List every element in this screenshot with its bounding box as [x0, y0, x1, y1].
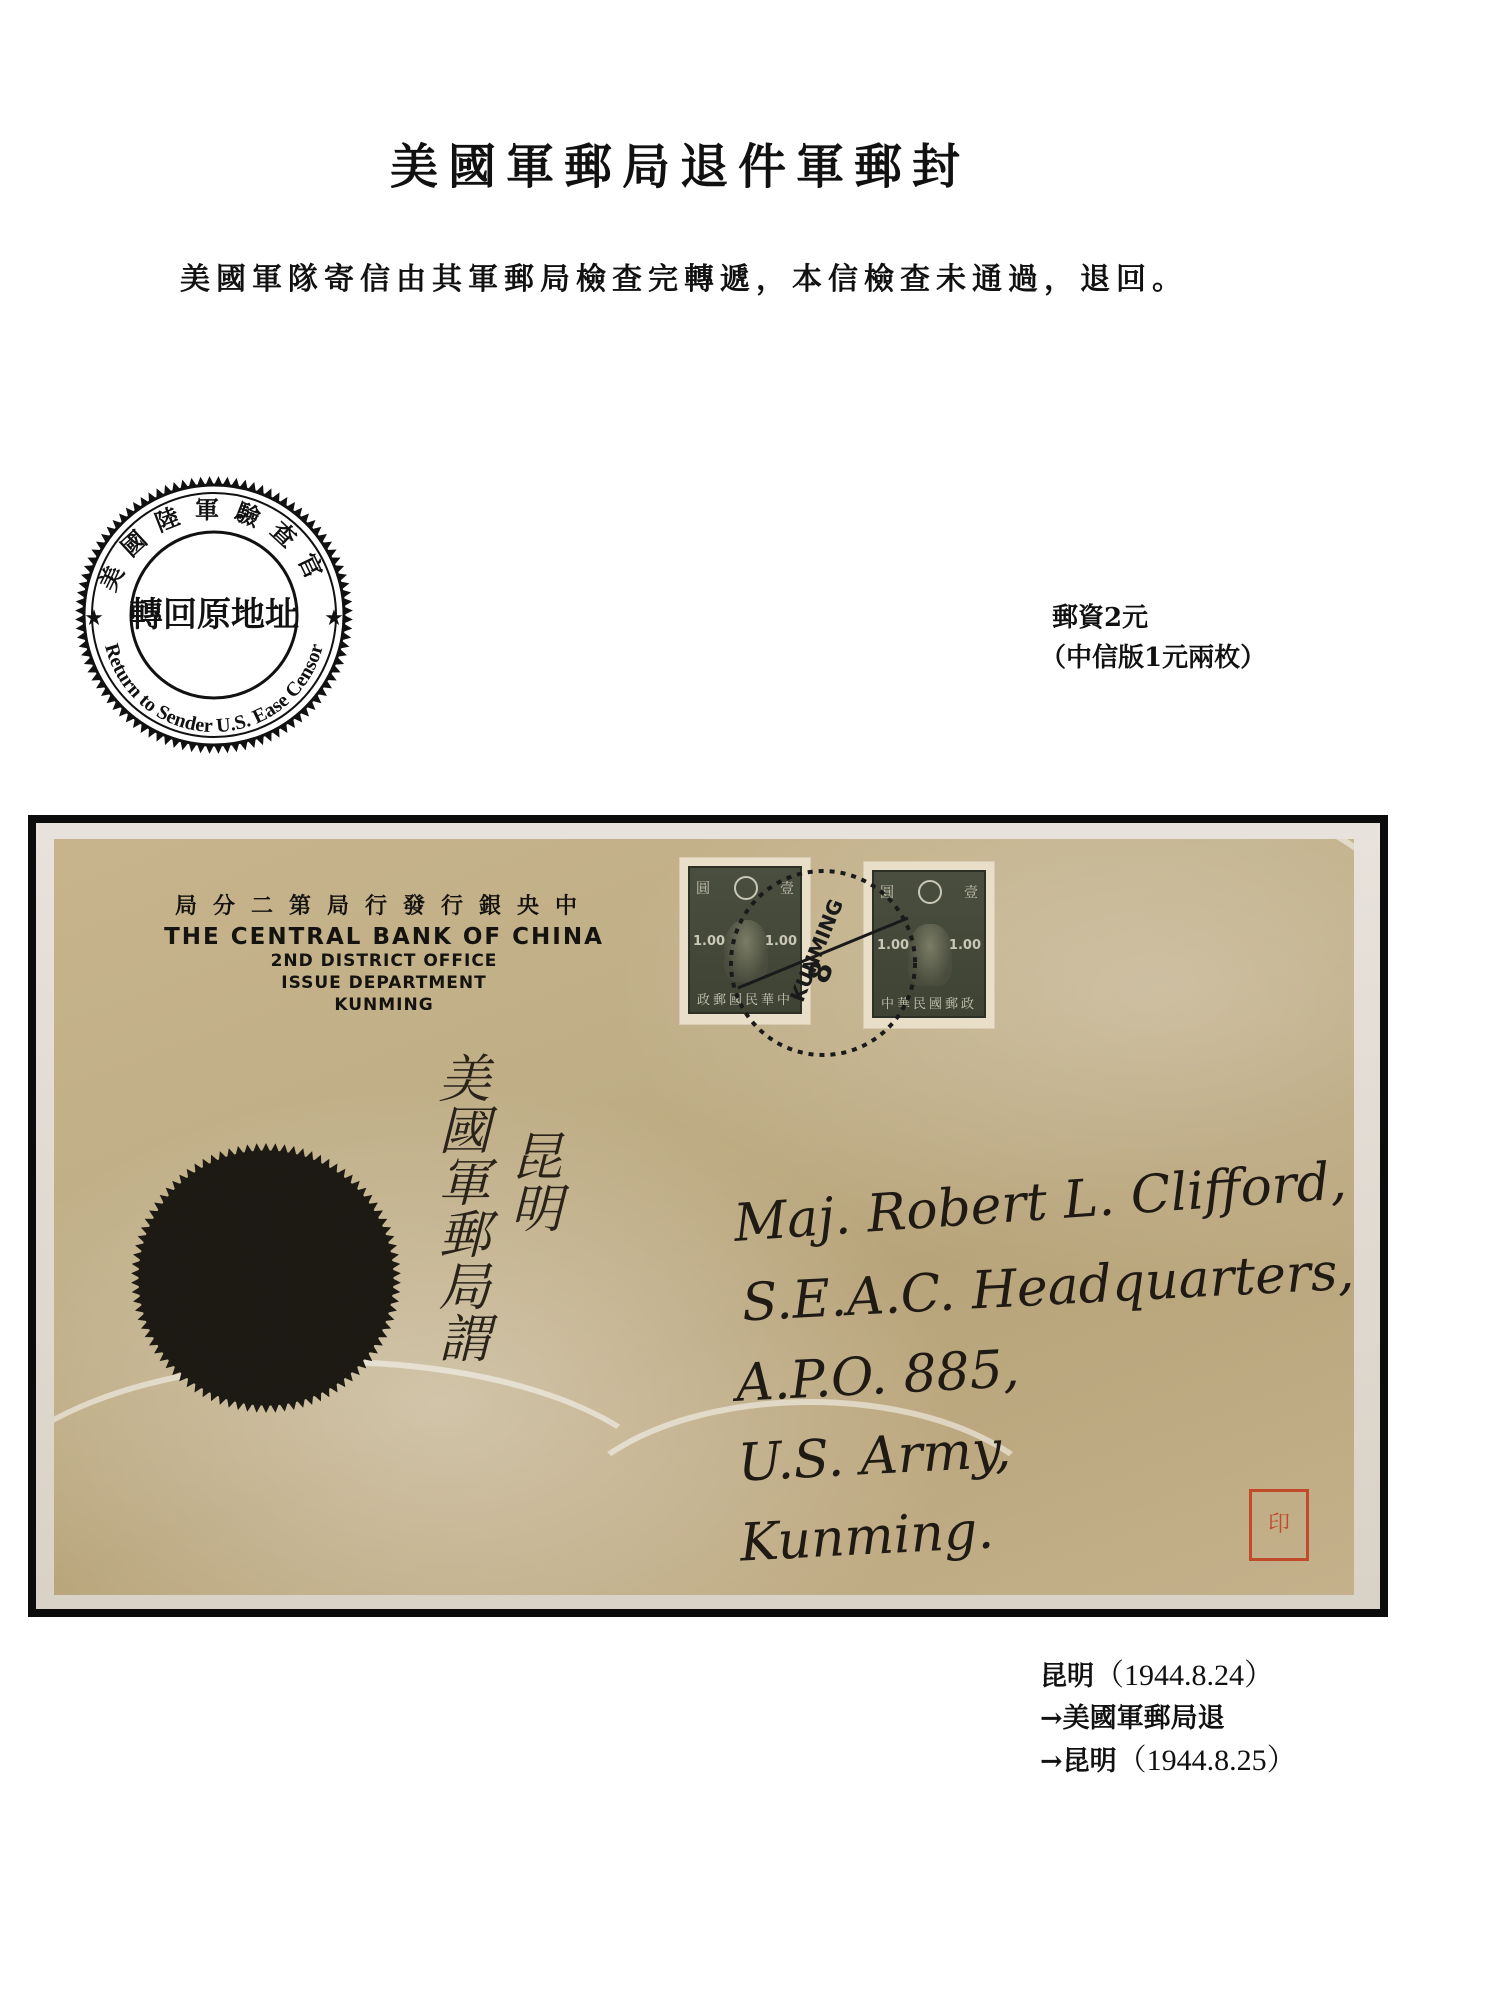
- star-icon: ★: [324, 606, 344, 631]
- route-return: →美國軍郵局退: [1040, 1698, 1297, 1740]
- sender-imprint: 中央銀行發行局第二分局 THE CENTRAL BANK OF CHINA 2N…: [124, 889, 644, 1016]
- postage-note: 郵資2元 （中信版1元兩枚）: [1040, 598, 1266, 678]
- handwritten-chinese-col2: 昆明: [496, 1129, 566, 1233]
- printed-censor-seal: 美國陸軍驗查官 Return to Sender U.S. Ease Censo…: [64, 470, 364, 760]
- seal-center-text: 轉回原地址: [129, 595, 299, 635]
- stamp-value: 1.00: [949, 938, 981, 953]
- red-seal-chop: 印: [1249, 1489, 1309, 1561]
- sender-city: KUNMING: [124, 994, 644, 1016]
- star-icon: ★: [84, 606, 104, 631]
- sender-chinese: 中央銀行發行局第二分局: [124, 889, 644, 920]
- route-origin: 昆明（1944.8.24）: [1040, 1655, 1297, 1698]
- censor-handstamp: 美國陸軍驗查官 Return to Sender U.S. Ease Censo…: [116, 1128, 416, 1428]
- page-title: 美國軍郵局退件軍郵封: [390, 128, 970, 197]
- postmark-city: KUNMING: [785, 896, 848, 1006]
- handwritten-chinese-col1: 美國軍郵局謂: [424, 1051, 494, 1363]
- kunming-postmark: KUNMING 8: [718, 858, 928, 1068]
- postage-detail: （中信版1元兩枚）: [1040, 638, 1266, 678]
- route-destination: →昆明（1944.8.25）: [1040, 1740, 1297, 1783]
- sender-department: ISSUE DEPARTMENT: [124, 972, 644, 994]
- intro-paragraph: 美國軍隊寄信由其軍郵局檢查完轉遞，本信檢查未通過，退回。: [96, 252, 1276, 308]
- postage-amount: 郵資2元: [1040, 598, 1266, 638]
- route-note: 昆明（1944.8.24） →美國軍郵局退 →昆明（1944.8.25）: [1040, 1655, 1297, 1783]
- sender-office: 2ND DISTRICT OFFICE: [124, 950, 644, 972]
- sender-name: THE CENTRAL BANK OF CHINA: [124, 924, 644, 950]
